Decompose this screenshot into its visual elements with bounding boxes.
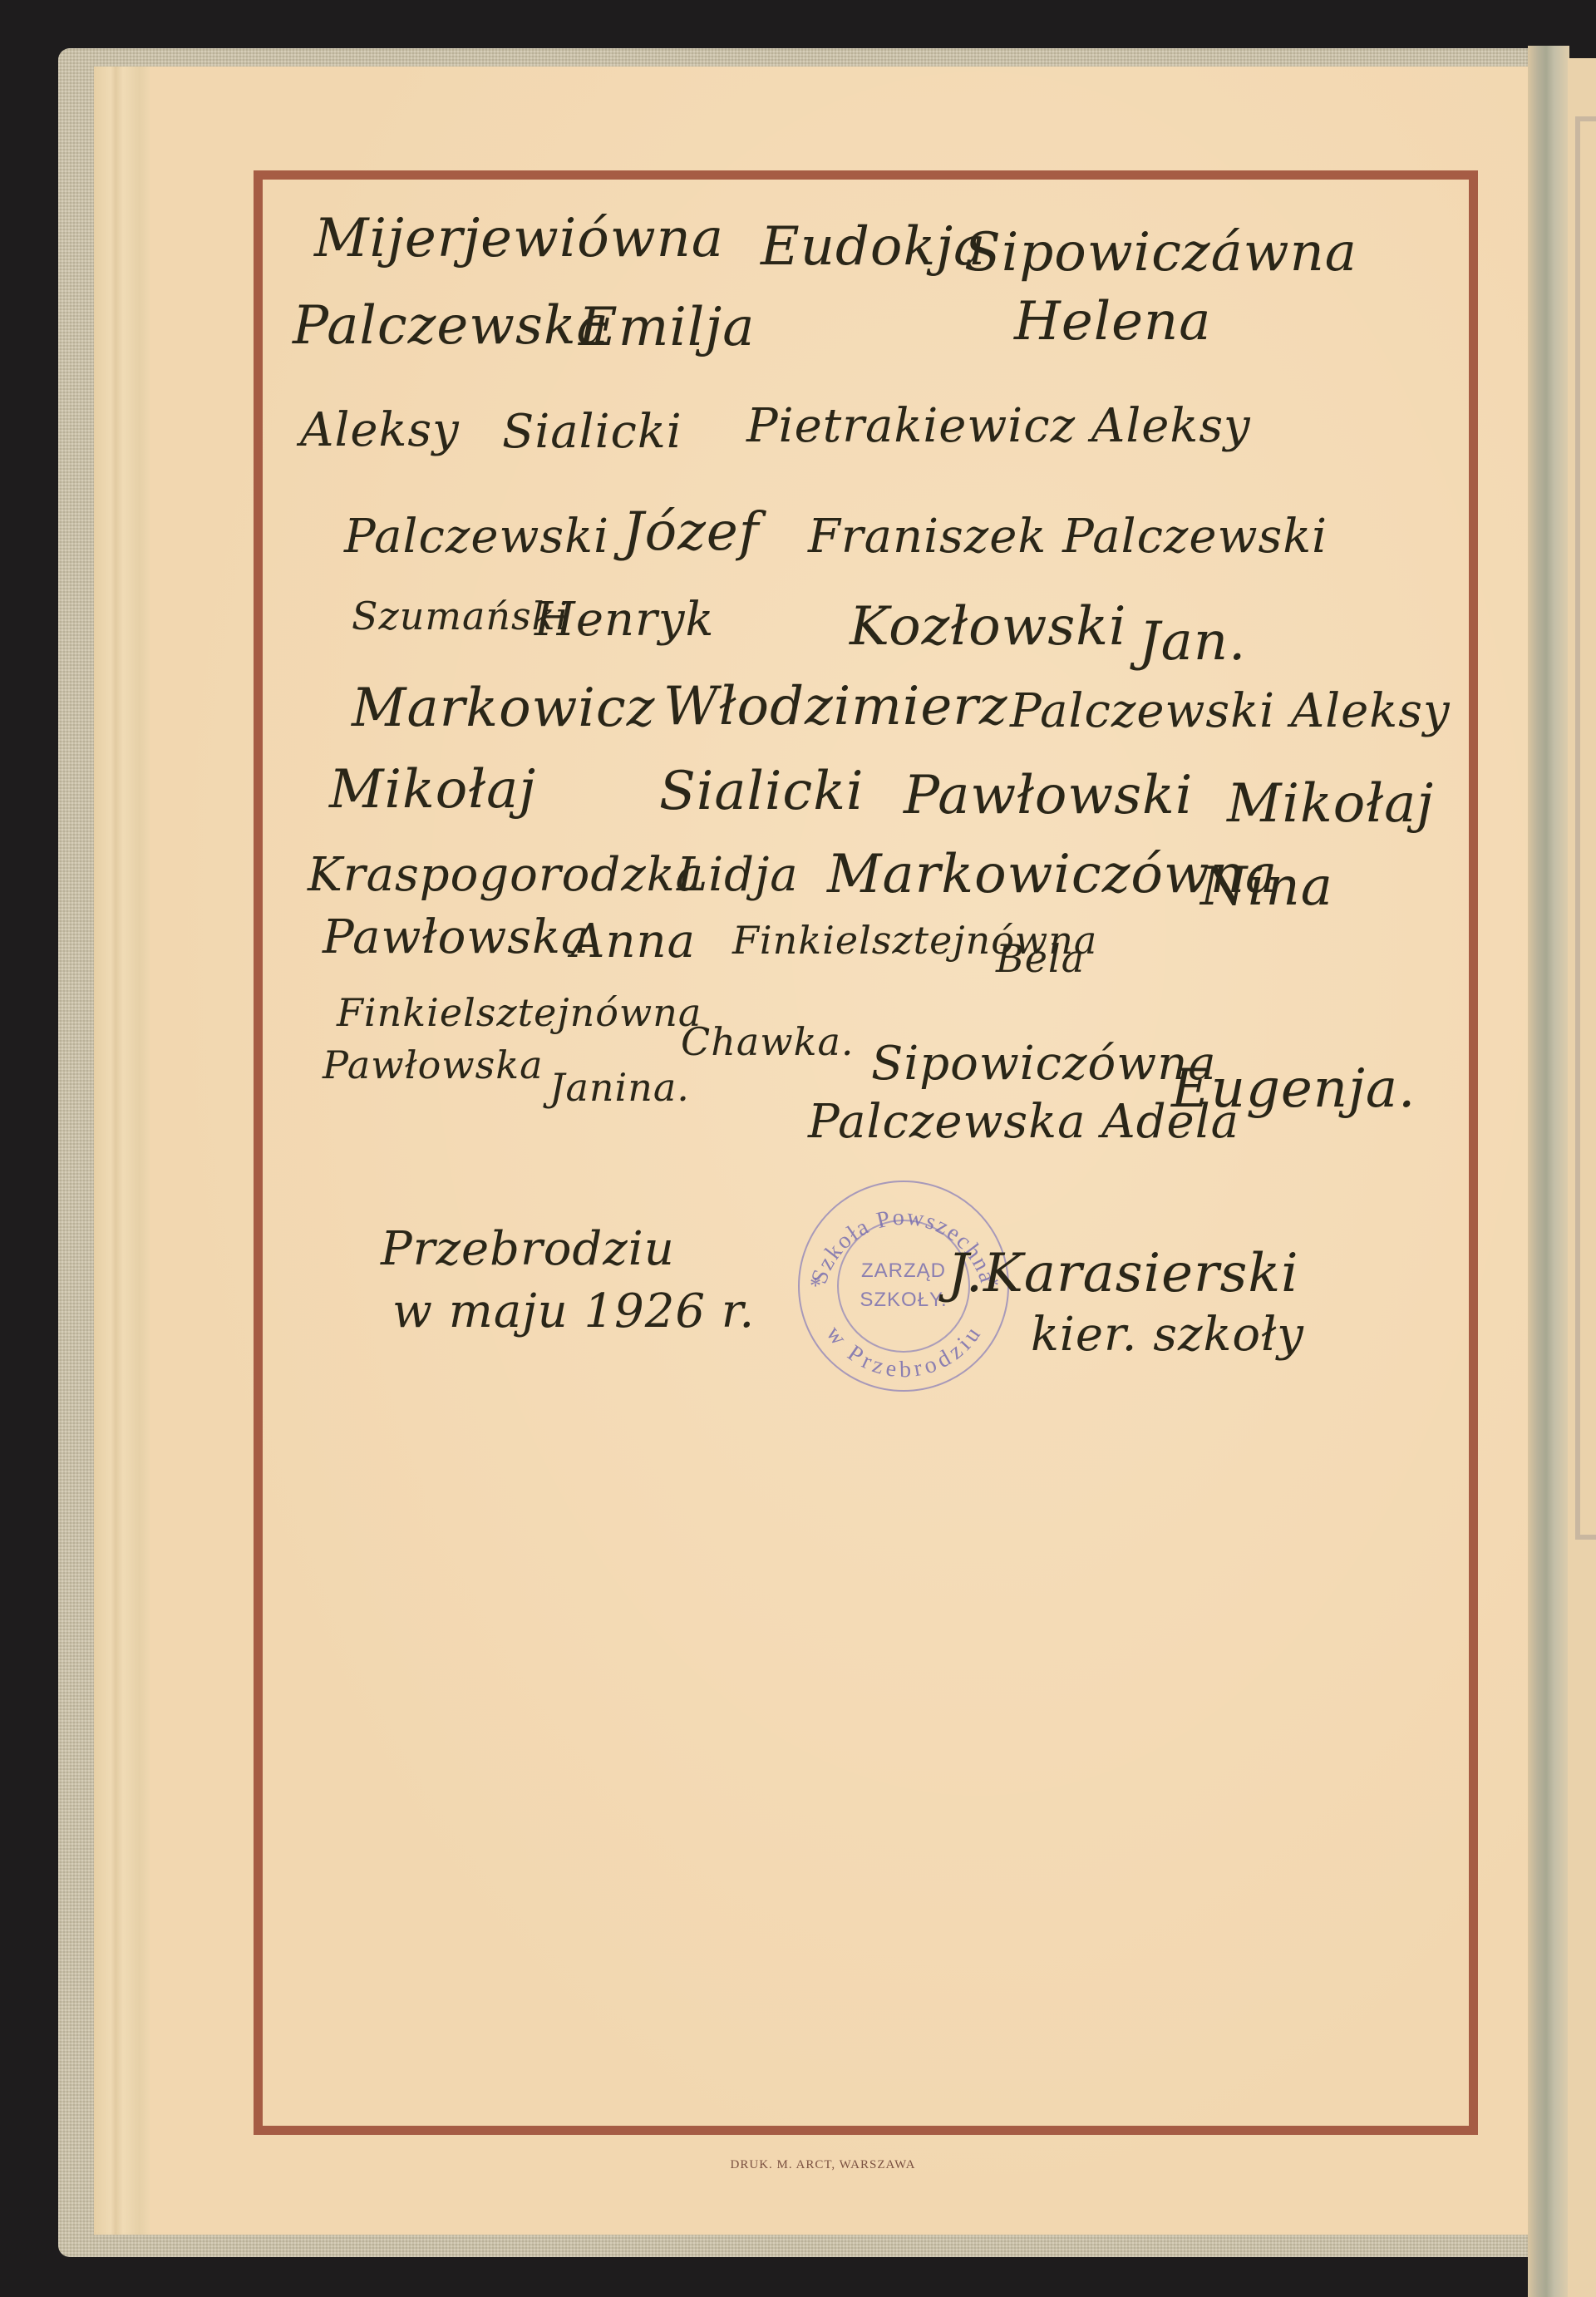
date-text: w maju 1926 r. [392,1289,755,1335]
name-entry: Palczewska Adela [808,1099,1239,1146]
name-entry: Lidja [677,852,799,899]
name-entry: Chawka. [681,1023,855,1061]
name-entry: Henryk [534,597,714,643]
name-entry: Franiszek Palczewski [808,514,1328,560]
name-entry: Kozłowski [850,600,1127,653]
name-entry: Markowicz [352,682,655,735]
name-entry: Pawłowska [323,1046,544,1084]
name-entry: Kraspogorodzka [308,852,704,899]
printer-imprint: DRUK. M. ARCT, WARSZAWA [0,2158,1596,2172]
name-entry: Mikołaj [329,763,536,816]
name-entry: Palczewska [293,299,609,352]
name-entry: Sialicki [502,409,682,456]
name-entry: Finkielsztejnówna [337,993,702,1032]
svg-text:*: * [810,1274,823,1299]
name-entry: Józef [623,505,759,559]
name-entry: Jan. [1139,615,1246,668]
name-entry: Pietrakiewicz Aleksy [746,403,1251,450]
name-entry: Eudokja [761,220,986,274]
book-gutter [1528,46,1569,2297]
page-edges [94,67,152,2235]
name-entry: Bela [996,939,1085,978]
decorative-frame [254,170,1478,2135]
name-entry: Sipowiczáwna [964,226,1357,279]
name-entry: Nina [1200,860,1333,914]
name-entry: Pawłowski [904,769,1193,822]
name-entry: Sipowiczówna [871,1041,1217,1087]
name-entry: Helena [1014,295,1211,348]
signature-name: J.Karasierski [948,1247,1299,1300]
signature-title: kier. szkoły [1031,1312,1304,1358]
name-entry: Anna [571,919,696,965]
svg-text:w Przebrodziu: w Przebrodziu [820,1321,986,1383]
name-entry: Aleksy [300,407,460,454]
name-entry: Janina. [549,1068,690,1107]
adjacent-page-frame [1575,116,1596,1540]
name-entry: Sialicki [659,765,864,818]
name-entry: Mijerjewiówna [314,212,724,265]
name-entry: Emilja [579,301,755,354]
name-entry: Włodzimierz [663,680,1008,733]
name-entry: Pawłowska [323,914,589,961]
place-text: Przebrodziu [381,1226,675,1273]
name-entry: Mikołaj [1227,777,1434,831]
name-entry: Palczewski [344,514,609,560]
name-entry: Palczewski Aleksy [1010,688,1451,735]
